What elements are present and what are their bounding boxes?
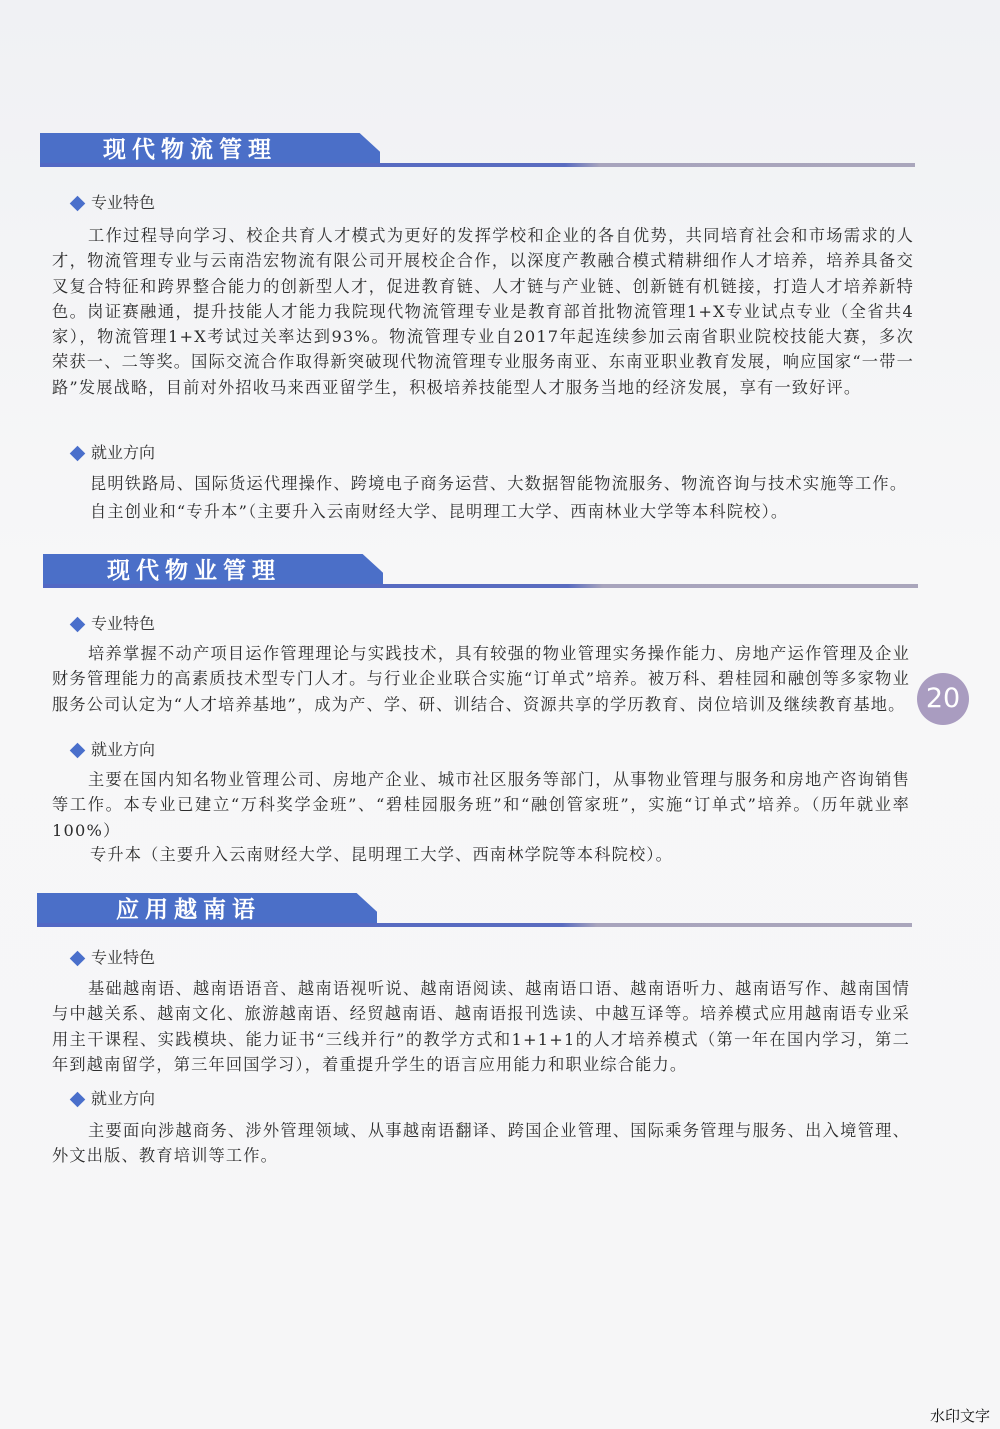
- features-heading-label: 专业特色: [91, 948, 155, 968]
- watermark-text: 水印文字: [930, 1405, 990, 1426]
- features-text: 基础越南语、越南语语音、越南语视听说、越南语阅读、越南语口语、越南语听力、越南语…: [52, 976, 910, 1077]
- section-banner: 现代物流管理: [0, 133, 1000, 167]
- employment-heading: 就业方向: [70, 443, 155, 463]
- diamond-bullet-icon: [70, 1091, 86, 1107]
- features-heading: 专业特色: [70, 614, 155, 634]
- diamond-bullet-icon: [70, 445, 86, 461]
- features-heading: 专业特色: [70, 948, 155, 968]
- diamond-bullet-icon: [70, 742, 86, 758]
- section-banner: 应用越南语: [0, 893, 1000, 927]
- features-heading: 专业特色: [70, 193, 155, 213]
- employment-line: 主要面向涉越商务、涉外管理领域、从事越南语翻译、跨国企业管理、国际乘务管理与服务…: [52, 1118, 910, 1169]
- employment-heading-label: 就业方向: [91, 443, 155, 463]
- page-number-badge: 20: [917, 673, 969, 725]
- features-heading-label: 专业特色: [91, 193, 155, 213]
- section-vietnamese: 应用越南语 专业特色 基础越南语、越南语语音、越南语视听说、越南语阅读、越南语口…: [0, 893, 1000, 927]
- section-logistics: 现代物流管理 专业特色 工作过程导向学习、校企共育人才模式为更好的发挥学校和企业…: [0, 133, 1000, 167]
- employment-line: 昆明铁路局、国际货运代理操作、跨境电子商务运营、大数据智能物流服务、物流咨询与技…: [90, 471, 920, 496]
- section-property: 现代物业管理 专业特色 培养掌握不动产项目运作管理理论与实践技术，具有较强的物业…: [0, 554, 1000, 588]
- section-banner: 现代物业管理: [0, 554, 1000, 588]
- diamond-bullet-icon: [70, 616, 86, 632]
- banner-rule: [43, 584, 918, 588]
- employment-line: 专升本（主要升入云南财经大学、昆明理工大学、西南林学院等本科院校）。: [90, 842, 920, 867]
- section-title: 现代物流管理: [103, 135, 277, 165]
- section-title: 应用越南语: [116, 895, 261, 925]
- section-title: 现代物业管理: [107, 556, 281, 586]
- diamond-bullet-icon: [70, 195, 86, 211]
- features-text: 培养掌握不动产项目运作管理理论与实践技术，具有较强的物业管理实务操作能力、房地产…: [52, 641, 910, 717]
- brochure-page: 现代物流管理 专业特色 工作过程导向学习、校企共育人才模式为更好的发挥学校和企业…: [0, 0, 1000, 1429]
- employment-heading-label: 就业方向: [91, 1089, 155, 1109]
- employment-line: 主要在国内知名物业管理公司、房地产企业、城市社区服务等部门，从事物业管理与服务和…: [52, 767, 910, 843]
- employment-heading: 就业方向: [70, 740, 155, 760]
- employment-line: 自主创业和“专升本”（主要升入云南财经大学、昆明理工大学、西南林业大学等本科院校…: [90, 499, 920, 524]
- features-text: 工作过程导向学习、校企共育人才模式为更好的发挥学校和企业的各自优势，共同培育社会…: [52, 223, 914, 400]
- diamond-bullet-icon: [70, 950, 86, 966]
- banner-rule: [37, 923, 912, 927]
- employment-heading-label: 就业方向: [91, 740, 155, 760]
- banner-rule: [40, 163, 915, 167]
- features-heading-label: 专业特色: [91, 614, 155, 634]
- employment-heading: 就业方向: [70, 1089, 155, 1109]
